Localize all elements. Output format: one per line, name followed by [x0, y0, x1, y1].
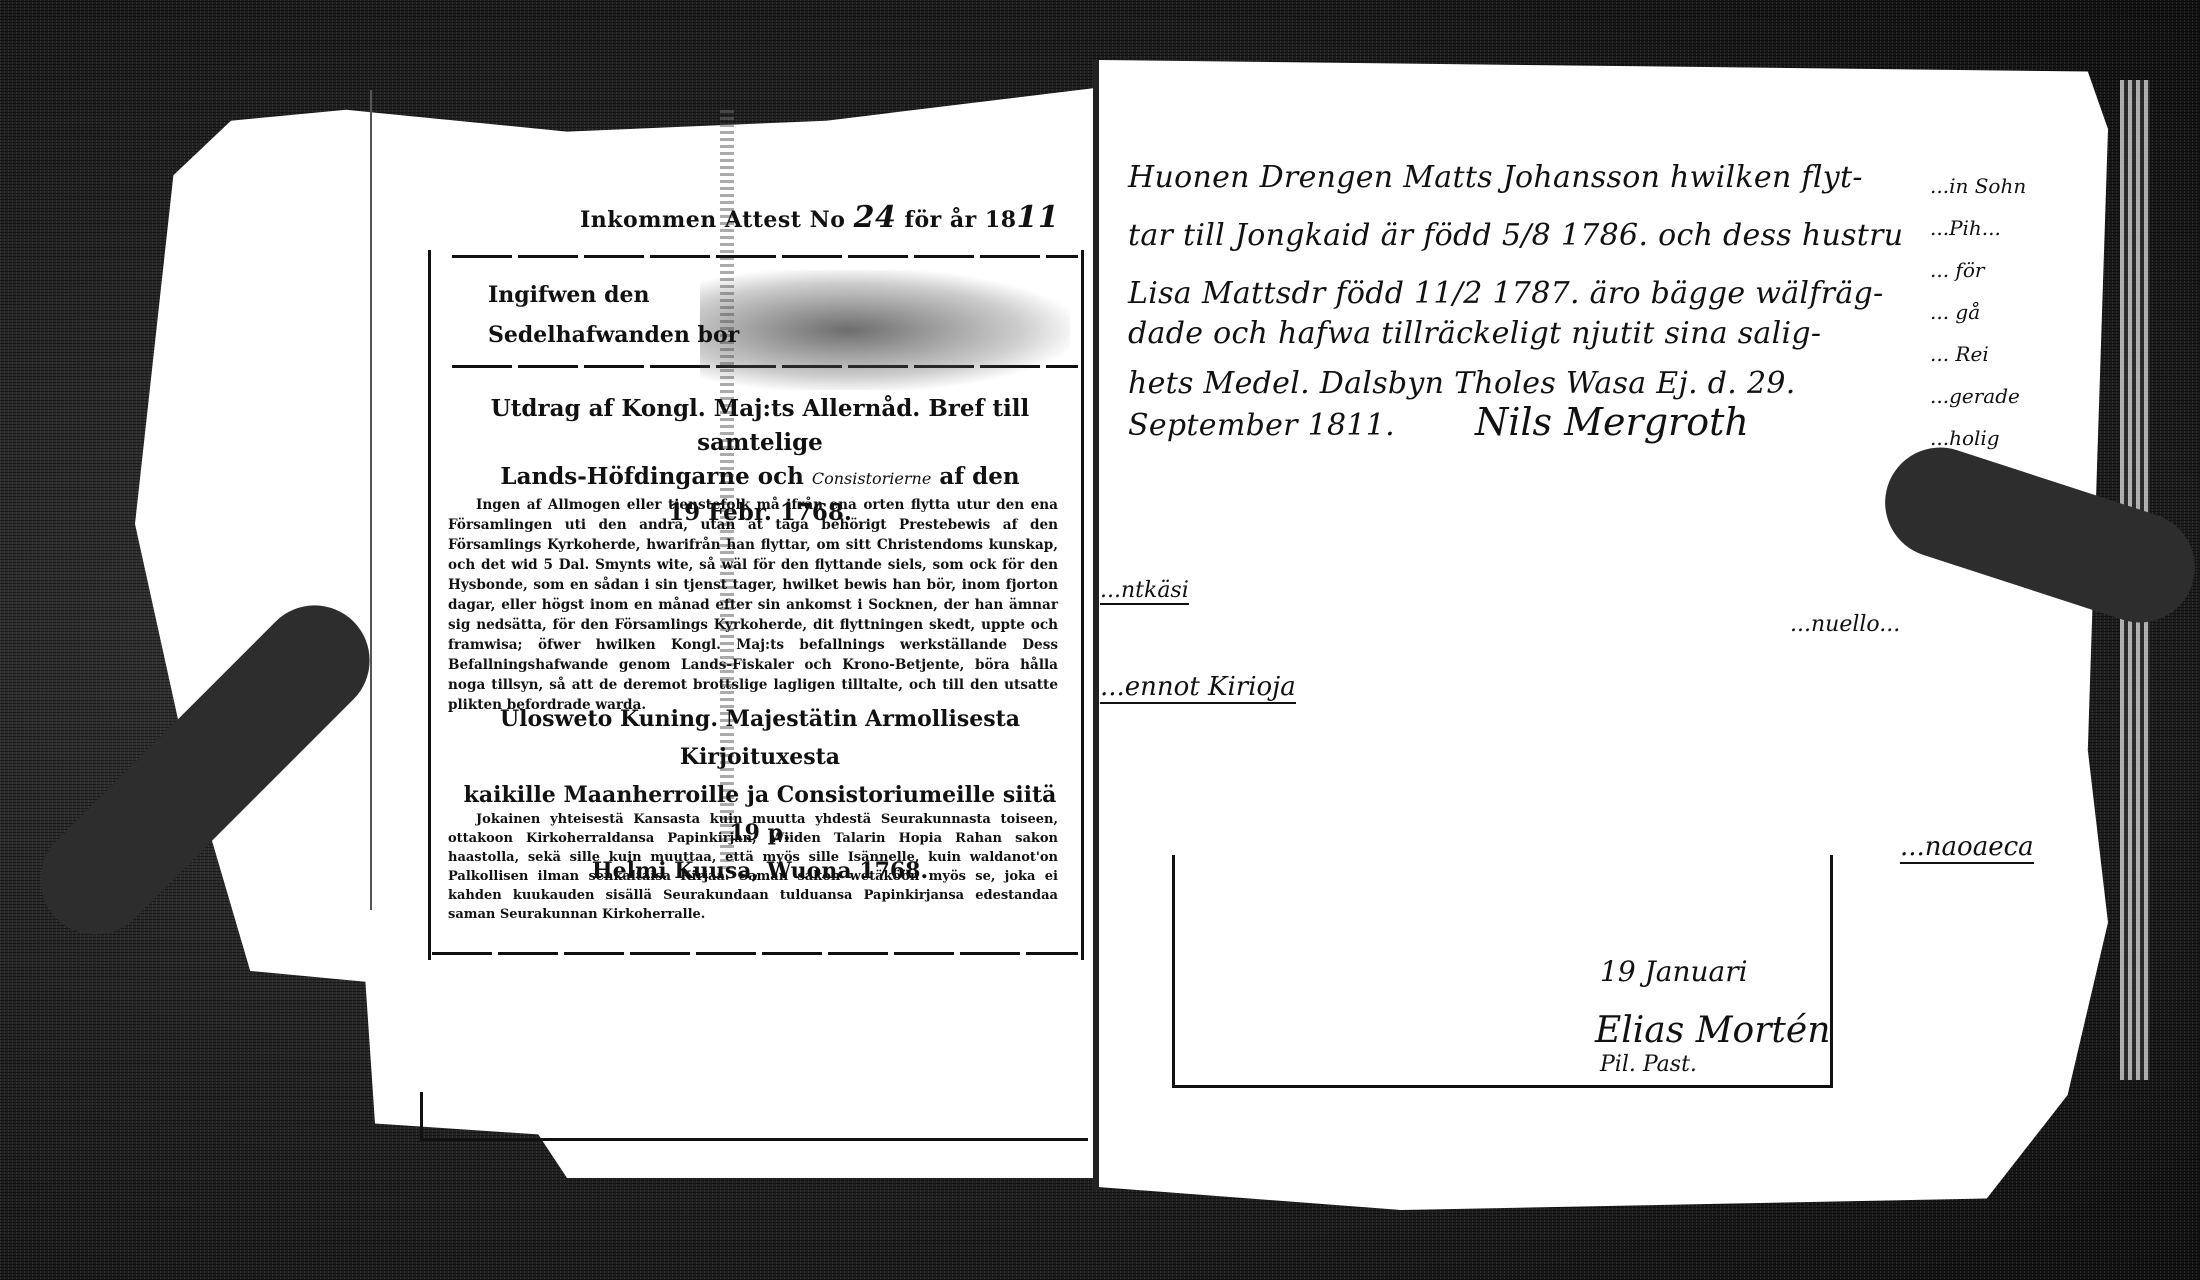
swedish-title-line2-a: Lands-Höfdingarne och [500, 463, 803, 490]
margin-fragment-3: ...nuello... [1790, 612, 1900, 637]
field-sedelhafwanden-bor: Sedelhafwanden bor [488, 322, 739, 348]
swedish-title-line2: Lands-Höfdingarne och Consistorierne af … [450, 460, 1070, 496]
handwritten-line-1: Huonen Drengen Matts Johansson hwilken f… [1128, 160, 1863, 195]
handwritten-line-3: Lisa Mattsdr född 11/2 1787. äro bägge w… [1128, 276, 1884, 311]
form-bottom-rule [432, 952, 1078, 955]
swedish-title-line2-c: af den [939, 463, 1019, 490]
swedish-title-line2-b: Consistorierne [812, 469, 931, 488]
header-year: 11 [1017, 200, 1060, 235]
margin-fragment-1: ...ntkäsi [1100, 578, 1189, 605]
edge-note-6: ...gerade [1930, 375, 2070, 417]
lower-form-border [420, 1092, 1088, 1141]
margin-fragment-4: ...naoaeca [1900, 832, 2034, 864]
edge-note-5: ... Rei [1930, 333, 2070, 375]
lower-entry-date: 19 Januari [1600, 955, 1748, 988]
finnish-section-body: Jokainen yhteisestä Kansasta kuin muutta… [448, 810, 1058, 924]
page-fold-line [370, 90, 372, 910]
header-prefix: Inkommen Attest No [580, 207, 845, 233]
swedish-section-body: Ingen af Allmogen eller tienstefolk må i… [448, 495, 1058, 715]
margin-fragment-2: ...ennot Kirioja [1100, 672, 1296, 704]
handwritten-line-4: dade och hafwa tillräckeligt njutit sina… [1128, 316, 1821, 351]
edge-note-3: ... för [1930, 249, 2070, 291]
edge-note-1: ...in Sohn [1930, 165, 2070, 207]
finnish-title-line1: Ulosweto Kuning. Majestätin Armollisesta… [450, 700, 1070, 776]
field-ingifwen-den: Ingifwen den [488, 282, 649, 308]
edge-note-2: ...Pih... [1930, 207, 2070, 249]
swedish-title-line1: Utdrag af Kongl. Maj:ts Allernåd. Bref t… [450, 392, 1070, 460]
lower-entry-title: Pil. Past. [1600, 1052, 1697, 1077]
signature-nils-mergroth: Nils Mergroth [1475, 400, 1749, 444]
lower-entry-signature: Elias Mortén [1595, 1010, 1830, 1051]
header-number: 24 [854, 200, 897, 235]
handwritten-line-6: September 1811. [1128, 408, 1395, 443]
certificate-header: Inkommen Attest No 24 för år 1811 [580, 200, 1059, 235]
handwritten-line-2: tar till Jongkaid är född 5/8 1786. och … [1128, 218, 1903, 253]
header-year-label: för år 18 [905, 207, 1017, 233]
edge-note-4: ... gå [1930, 291, 2070, 333]
book-spine [1093, 60, 1099, 1190]
form-top-rule [452, 255, 1078, 258]
ink-stain [700, 270, 1070, 390]
handwritten-line-5: hets Medel. Dalsbyn Tholes Wasa Ej. d. 2… [1128, 366, 1796, 401]
